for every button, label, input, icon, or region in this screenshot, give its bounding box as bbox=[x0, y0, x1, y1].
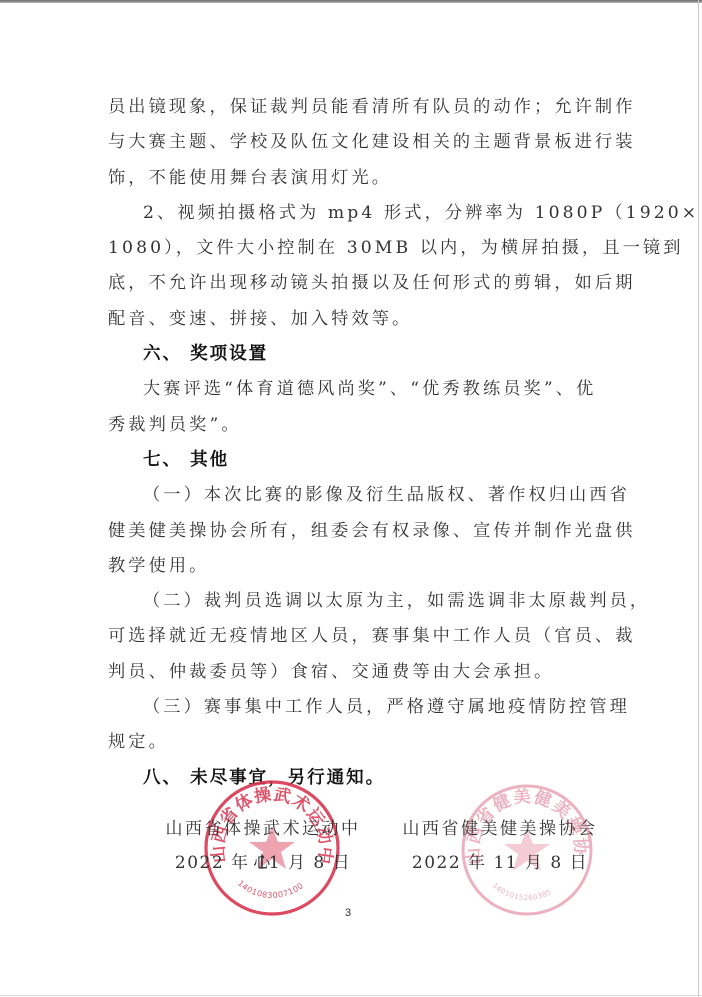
paragraph-line: 员出镜现象，保证裁判员能看清所有队员的动作；允许制作 bbox=[108, 90, 594, 125]
paragraph-line: 判员、仲裁委员等）食宿、交通费等由大会承担。 bbox=[108, 655, 594, 690]
svg-text:1401083007100: 1401083007100 bbox=[236, 879, 305, 900]
paragraph-line: 1080），文件大小控制在 30MB 以内，为横屏拍摄，且一镜到 bbox=[108, 231, 594, 266]
section-heading-other: 七、 其他 bbox=[108, 443, 594, 478]
signature-date: 2022 年 11 月 8 日 bbox=[400, 846, 600, 880]
section-heading-awards: 六、 奖项设置 bbox=[108, 337, 594, 372]
document-body: 员出镜现象，保证裁判员能看清所有队员的动作；允许制作 与大赛主题、学校及队伍文化… bbox=[108, 90, 594, 796]
signature-date: 2022 年 11 月 8 日 bbox=[158, 846, 368, 880]
page-number: 3 bbox=[345, 907, 351, 919]
signature-block-right: 山西省健美健美操协会 2022 年 11 月 8 日 bbox=[400, 812, 600, 880]
scan-bottom-edge bbox=[0, 995, 702, 996]
svg-text:1401015260385: 1401015260385 bbox=[491, 882, 553, 903]
signature-block-left: 山西省体操武术运动中心 2022 年 11 月 8 日 bbox=[158, 812, 368, 880]
paragraph-line: （一）本次比赛的影像及衍生品版权、著作权归山西省 bbox=[108, 478, 594, 513]
scan-right-edge bbox=[698, 0, 699, 997]
signature-org: 山西省体操武术运动中心 bbox=[158, 812, 368, 846]
paragraph-line: 可选择就近无疫情地区人员，赛事集中工作人员（官员、裁 bbox=[108, 619, 594, 654]
paragraph-line: （三）赛事集中工作人员，严格遵守属地疫情防控管理 bbox=[108, 690, 594, 725]
paragraph-line: 教学使用。 bbox=[108, 549, 594, 584]
paragraph-line: 秀裁判员奖”。 bbox=[108, 408, 594, 443]
paragraph-line: 健美健美操协会所有，组委会有权录像、宣传并制作光盘供 bbox=[108, 514, 594, 549]
paragraph-line: 与大赛主题、学校及队伍文化建设相关的主题背景板进行装 bbox=[108, 125, 594, 160]
paragraph-line: （二）裁判员选调以太原为主，如需选调非太原裁判员， bbox=[108, 584, 594, 619]
paragraph-line: 底，不允许出现移动镜头拍摄以及任何形式的剪辑，如后期 bbox=[108, 266, 594, 301]
signature-org: 山西省健美健美操协会 bbox=[400, 812, 600, 846]
stamp-number: 1401083007100 bbox=[236, 879, 305, 900]
paragraph-line: 规定。 bbox=[108, 725, 594, 760]
paragraph-line: 饰，不能使用舞台表演用灯光。 bbox=[108, 161, 594, 196]
stamp-number: 1401015260385 bbox=[491, 882, 553, 903]
scan-top-edge bbox=[0, 0, 702, 3]
paragraph-line: 配音、变速、拼接、加入特效等。 bbox=[108, 302, 594, 337]
paragraph-line: 大赛评选“体育道德风尚奖”、“优秀教练员奖”、优 bbox=[108, 372, 594, 407]
paragraph-line: 2、视频拍摄格式为 mp4 形式，分辨率为 1080P（1920× bbox=[108, 196, 594, 231]
